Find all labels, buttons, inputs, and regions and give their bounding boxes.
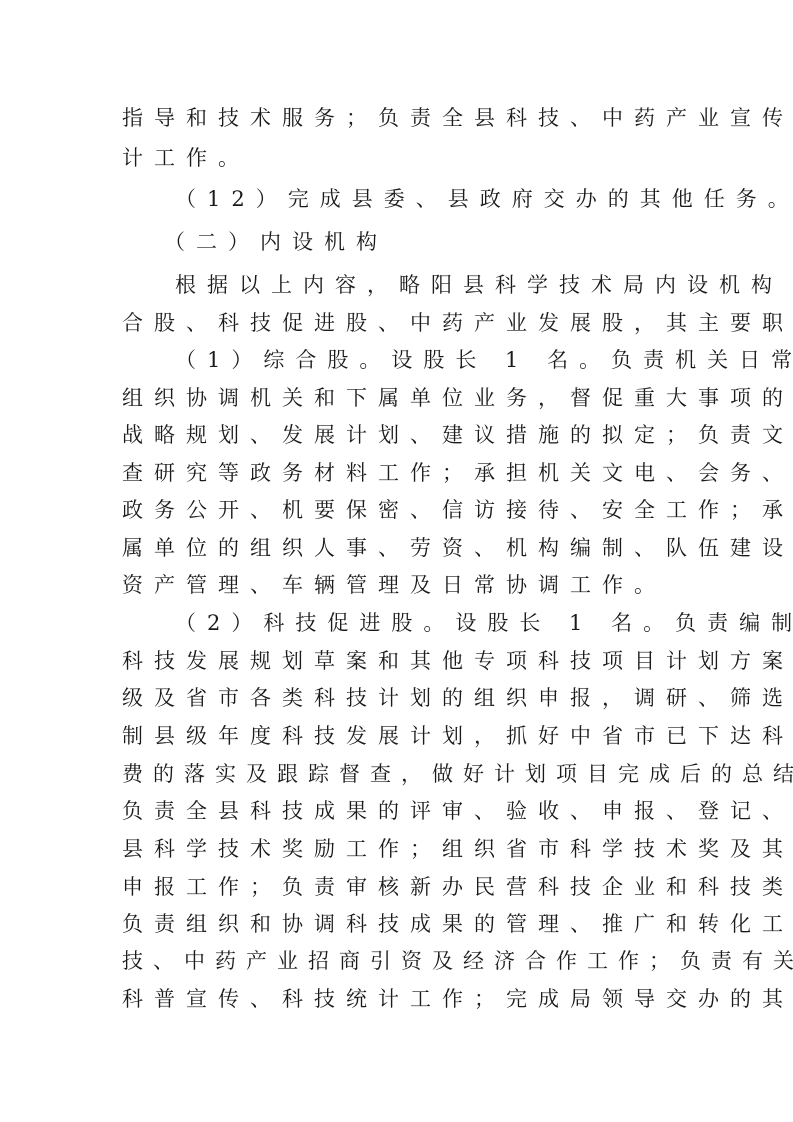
text-line: 战略规划、发展计划、建议措施的拟定；负责文稿起草、调	[122, 420, 682, 450]
text-line: 申报工作；负责审核新办民营科技企业和科技类企业单位；	[122, 872, 682, 902]
text-line: 科技发展规划草案和其他专项科技项目计划方案；负责国家	[122, 646, 682, 676]
text-line: 负责组织和协调科技成果的管理、推广和转化工作；负责科	[122, 909, 682, 939]
document-page: 指导和技术服务；负责全县科技、中药产业宣传、信息、统 计工作。 （12）完成县委…	[0, 0, 793, 1122]
list-item-2: （2）科技促进股。设股长 1 名。负责编制全县中长期	[175, 608, 735, 638]
text-line: 组织协调机关和下属单位业务，督促重大事项的落实；负责	[122, 383, 682, 413]
text-line: 属单位的组织人事、劳资、机构编制、队伍建设、财务管理、	[122, 533, 682, 563]
text-line: 指导和技术服务；负责全县科技、中药产业宣传、信息、统	[122, 103, 682, 133]
text-line: 查研究等政务材料工作；承担机关文电、会务、新闻宣传、	[122, 458, 682, 488]
text-line: 计工作。	[122, 143, 682, 173]
text-line: 级及省市各类科技计划的组织申报，调研、筛选、论证、编	[122, 683, 682, 713]
text-line: 政务公开、机要保密、信访接待、安全工作；承担机关和下	[122, 495, 682, 525]
text-line: 科普宣传、科技统计工作；完成局领导交办的其他工作。	[122, 984, 682, 1014]
text-line: 县科学技术奖励工作；组织省市科学技术奖及其他科技奖励	[122, 834, 682, 864]
list-item-12: （12）完成县委、县政府交办的其他任务。	[175, 184, 735, 214]
section-heading: （二）内设机构	[164, 227, 724, 257]
text-line: 制县级年度科技发展计划，抓好中省市已下达科技项目和经	[122, 721, 682, 751]
list-item-1: （1）综合股。设股长 1 名。负责机关日常运转工作，	[175, 345, 735, 375]
text-line: 负责全县科技成果的评审、验收、申报、登记、异议处理和	[122, 796, 682, 826]
text-line: 技、中药产业招商引资及经济合作工作；负责有关科技交流、	[122, 946, 682, 976]
paragraph-start: 根据以上内容，略阳县科学技术局内设机构 3 个，即综	[175, 270, 735, 300]
text-line: 资产管理、车辆管理及日常协调工作。	[122, 570, 682, 600]
text-line: 费的落实及跟踪督查，做好计划项目完成后的总结验收工作；	[122, 759, 682, 789]
text-line: 合股、科技促进股、中药产业发展股，其主要职责是：	[122, 308, 682, 338]
